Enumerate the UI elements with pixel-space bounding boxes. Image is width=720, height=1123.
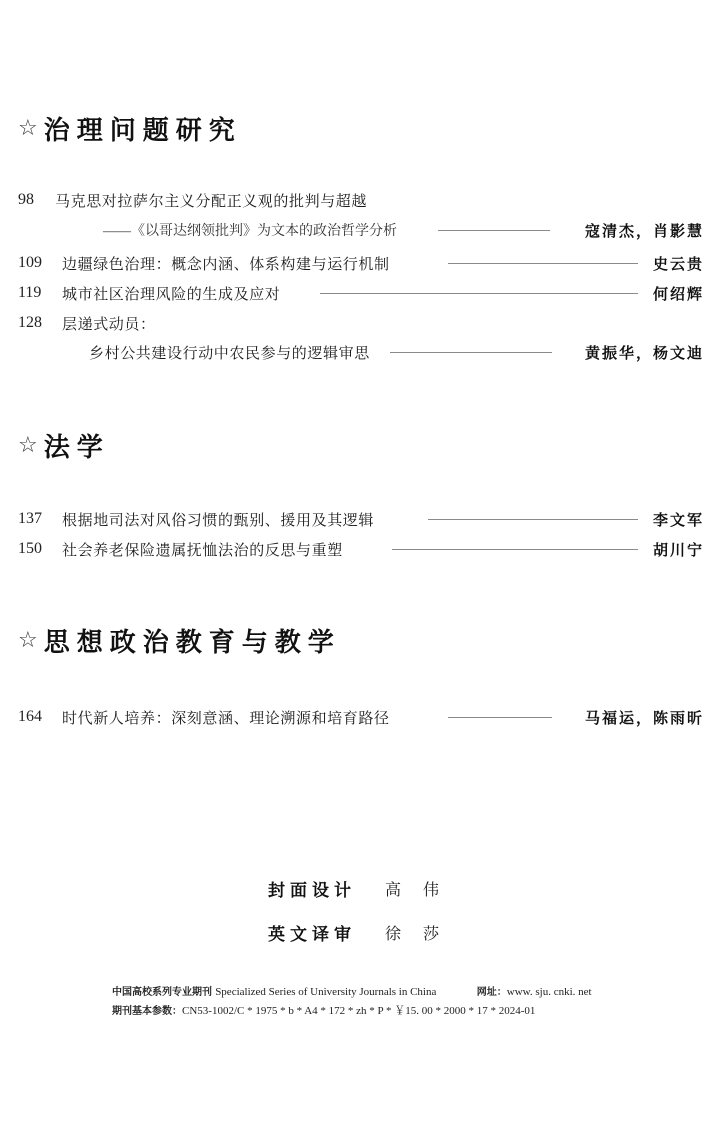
page-number: 98	[18, 191, 34, 209]
toc-entry-subtitle: ——《以哥达纲领批判》为文本的政治哲学分析 寇清杰，肖影慧	[0, 218, 720, 242]
page-number: 164	[18, 708, 42, 726]
star-icon: ☆	[18, 433, 38, 458]
leader-line	[320, 293, 638, 294]
page-number: 109	[18, 254, 42, 272]
leader-line	[438, 230, 550, 231]
toc-entry[interactable]: 164 时代新人培养：深刻意涵、理论溯源和培育路径 马福运，陈雨昕	[0, 705, 720, 729]
toc-entry[interactable]: 137 根据地司法对风俗习惯的甄别、援用及其逻辑 李文军	[0, 507, 720, 531]
star-icon: ☆	[18, 116, 38, 141]
article-title: 边疆绿色治理：概念内涵、体系构建与运行机制	[62, 253, 390, 274]
article-authors: 马福运，陈雨昕	[585, 707, 704, 728]
section-title: 治理问题研究	[44, 110, 242, 147]
article-authors: 胡川宁	[653, 539, 704, 560]
section-heading-ideological-education: ☆ 思想政治教育与教学	[18, 622, 341, 659]
page-number: 128	[18, 314, 42, 332]
section-title: 思想政治教育与教学	[44, 622, 341, 659]
footer-params-line: 期刊基本参数：CN53-1002/C * 1975 * b * A4 * 172…	[112, 1002, 535, 1018]
section-heading-governance: ☆ 治理问题研究	[18, 110, 242, 147]
credit-role-cover-design: 封面设计	[268, 876, 356, 901]
toc-entry[interactable]: 109 边疆绿色治理：概念内涵、体系构建与运行机制 史云贵	[0, 251, 720, 275]
leader-line	[448, 717, 552, 718]
leader-line	[448, 263, 638, 264]
article-authors: 史云贵	[653, 253, 704, 274]
toc-entry-subtitle: 乡村公共建设行动中农民参与的逻辑审思 黄振华，杨文迪	[0, 340, 720, 364]
article-title: 层递式动员：	[62, 313, 156, 334]
series-en: Specialized Series of University Journal…	[215, 986, 436, 998]
page-number: 150	[18, 540, 42, 558]
toc-entry[interactable]: 150 社会养老保险遗属抚恤法治的反思与重塑 胡川宁	[0, 537, 720, 561]
article-subtitle: 乡村公共建设行动中农民参与的逻辑审思	[89, 342, 370, 363]
toc-entry[interactable]: 119 城市社区治理风险的生成及应对 何绍辉	[0, 281, 720, 305]
article-title: 马克思对拉萨尔主义分配正义观的批判与超越	[55, 190, 367, 211]
params-label: 期刊基本参数：	[112, 1006, 182, 1017]
article-title: 社会养老保险遗属抚恤法治的反思与重塑	[62, 539, 343, 560]
star-icon: ☆	[18, 628, 38, 653]
article-subtitle: ——《以哥达纲领批判》为文本的政治哲学分析	[103, 220, 397, 240]
article-authors: 黄振华，杨文迪	[585, 342, 704, 363]
toc-entry[interactable]: 98 马克思对拉萨尔主义分配正义观的批判与超越	[0, 188, 720, 212]
series-cn: 中国高校系列专业期刊	[112, 987, 212, 998]
leader-line	[390, 352, 552, 353]
footer-series-line: 中国高校系列专业期刊 Specialized Series of Univers…	[112, 983, 592, 998]
article-authors: 李文军	[653, 509, 704, 530]
section-heading-law: ☆ 法学	[18, 427, 110, 464]
credit-role-english-review: 英文译审	[268, 920, 356, 945]
params-value: CN53-1002/C * 1975 * b * A4 * 172 * zh *…	[182, 1005, 535, 1017]
article-title: 城市社区治理风险的生成及应对	[62, 283, 280, 304]
article-title: 时代新人培养：深刻意涵、理论溯源和培育路径	[62, 707, 390, 728]
article-title: 根据地司法对风俗习惯的甄别、援用及其逻辑	[62, 509, 374, 530]
credit-name-english-review: 徐莎	[385, 921, 461, 944]
website-link[interactable]: www. sju. cnki. net	[507, 986, 592, 998]
toc-entry[interactable]: 128 层递式动员：	[0, 311, 720, 335]
article-authors: 寇清杰，肖影慧	[585, 220, 704, 241]
leader-line	[392, 549, 638, 550]
page-number: 137	[18, 510, 42, 528]
article-authors: 何绍辉	[653, 283, 704, 304]
credit-name-cover-design: 高伟	[385, 877, 461, 900]
leader-line	[428, 519, 638, 520]
website-label: 网址：	[477, 987, 507, 998]
section-title: 法学	[44, 427, 110, 464]
page-number: 119	[18, 284, 41, 302]
